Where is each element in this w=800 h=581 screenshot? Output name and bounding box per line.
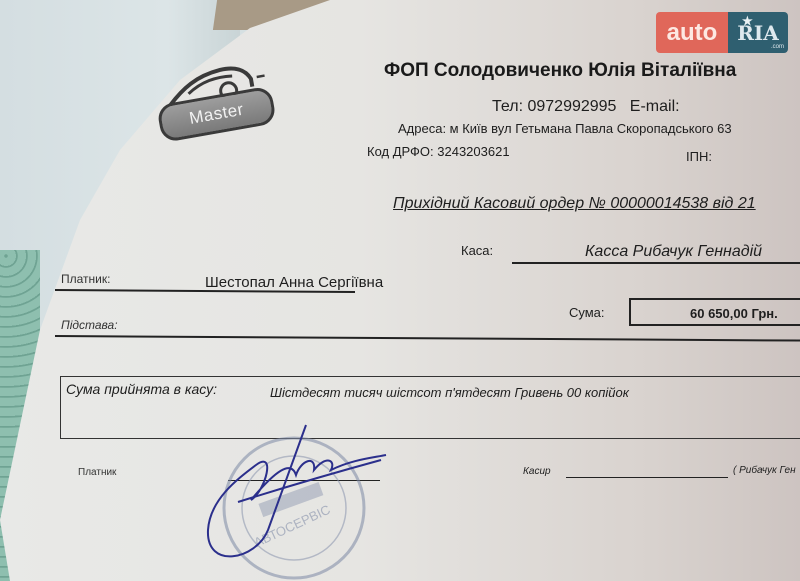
kasa-value: Касса Рибачук Геннадій xyxy=(585,243,762,261)
payer-value: Шестопал Анна Сергіївна xyxy=(205,274,383,291)
cashier-label: Касир xyxy=(523,466,551,477)
sum-words-label: Сума прийнята в касу: xyxy=(66,381,217,397)
company-name: ФОП Солодовиченко Юлія Віталіївна xyxy=(384,60,736,82)
kasa-label: Каса: xyxy=(461,243,493,258)
autoria-com-text: .com xyxy=(771,44,784,50)
autoria-auto-text: auto xyxy=(656,12,728,53)
star-icon: ★ xyxy=(742,14,753,28)
order-title: Прихідний Касовий ордер № 00000014538 ві… xyxy=(393,195,756,213)
drfo-code: Код ДРФО: 3243203621 xyxy=(367,144,510,159)
sum-label: Сума: xyxy=(569,305,605,320)
payer-signature-label: Платник xyxy=(78,467,116,478)
payer-label: Платник: xyxy=(61,272,110,286)
sum-value: 60 650,00 Грн. xyxy=(690,306,778,321)
address-line: Адреса: м Київ вул Гетьмана Павла Скороп… xyxy=(398,121,732,136)
basis-label: Підстава: xyxy=(61,318,118,332)
autoria-ria-block: ★ RIA .com xyxy=(728,12,788,53)
ipn-label: ІПН: xyxy=(686,149,712,164)
autoria-watermark: auto ★ RIA .com xyxy=(656,12,788,53)
signature-icon xyxy=(196,420,396,570)
cashier-name: ( Рибачук Ген xyxy=(733,465,796,476)
kasa-underline xyxy=(512,262,800,264)
sum-words-value: Шістдесят тисяч шістсот п'ятдесят Гривен… xyxy=(270,385,629,400)
phone-email-line: Тел: 0972992995 E-mail: xyxy=(492,98,680,116)
cashier-signature-line xyxy=(566,477,728,478)
